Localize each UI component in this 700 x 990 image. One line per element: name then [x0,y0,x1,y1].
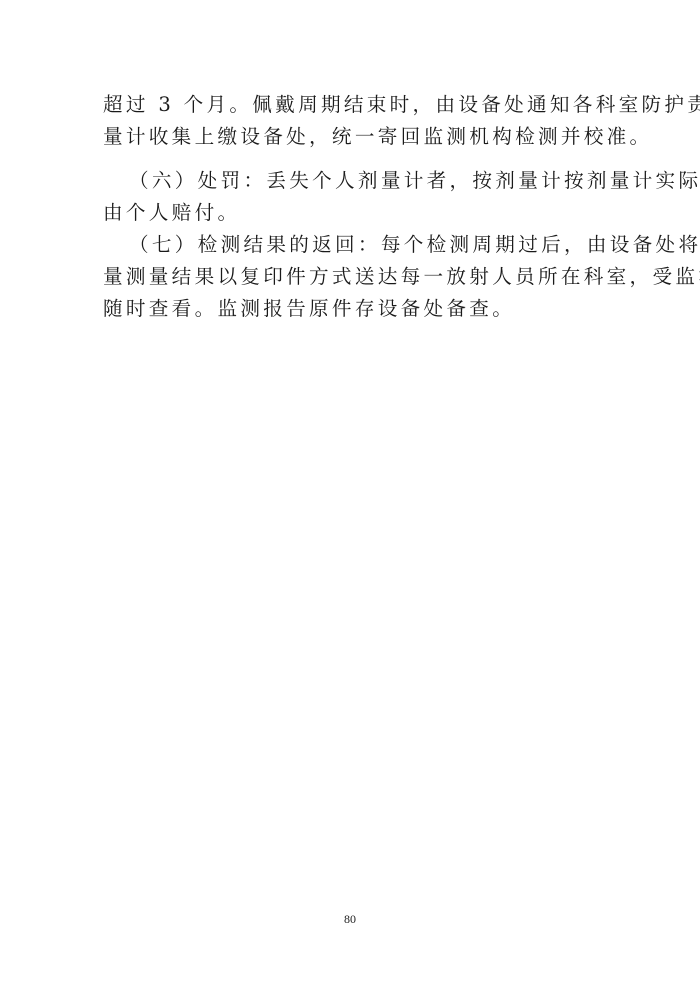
text-line: 由个人赔付。 [103,201,598,225]
text-line: 量测量结果以复印件方式送达每一放射人员所在科室，受监测个人可 [103,265,598,289]
text-line: 量计收集上缴设备处，统一寄回监测机构检测并校准。 [103,125,598,149]
page-number: 80 [0,912,700,927]
text-line: 超过 3 个月。佩戴周期结束时，由设备处通知各科室防护责任人将剂 [103,93,598,117]
text-line: 随时查看。监测报告原件存设备处备查。 [103,297,598,321]
text-line: （六）处罚：丢失个人剂量计者，按剂量计按剂量计实际价格， [129,169,596,193]
text-line: （七）检测结果的返回：每个检测周期过后，由设备处将个人剂 [129,233,596,257]
document-page: 超过 3 个月。佩戴周期结束时，由设备处通知各科室防护责任人将剂 量计收集上缴设… [0,0,700,990]
